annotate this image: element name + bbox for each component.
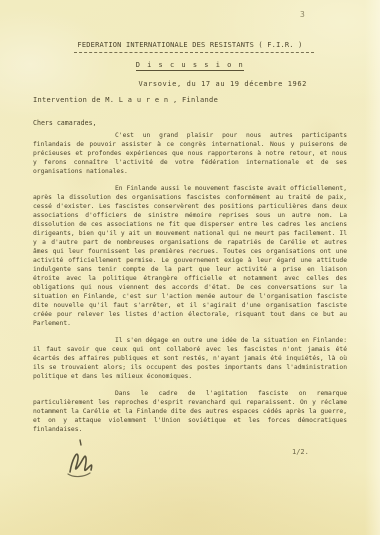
- intervention-line: Intervention de M. L a u r e n , Finland…: [33, 96, 218, 104]
- letter-body: C'est un grand plaisir pour nous autres …: [33, 131, 347, 442]
- paragraph-2: En Finlande aussi le mouvement fasciste …: [33, 184, 347, 328]
- scanned-letter-page: 3 FEDERATION INTERNATIONALE DES RESISTAN…: [0, 0, 380, 535]
- page-indicator: 1/2.: [292, 448, 309, 456]
- document-subtitle: D i s c u s s i o n: [0, 61, 380, 69]
- salutation: Chers camarades,: [33, 119, 97, 127]
- paragraph-1: C'est un grand plaisir pour nous autres …: [33, 131, 347, 176]
- document-subtitle-text: D i s c u s s i o n: [136, 61, 245, 71]
- handwritten-signature: [60, 438, 102, 484]
- letterhead-title: FEDERATION INTERNATIONALE DES RESISTANTS…: [0, 41, 380, 49]
- page-number-mark: 3: [300, 10, 305, 19]
- paragraph-3: Il s'en dégage en outre une idée de la s…: [33, 336, 347, 381]
- dateline: Varsovie, du 17 au 19 décembre 1962: [0, 80, 307, 88]
- title-dashed-underline: [74, 52, 314, 53]
- paragraph-4: Dans le cadre de l'agitation fasciste on…: [33, 389, 347, 434]
